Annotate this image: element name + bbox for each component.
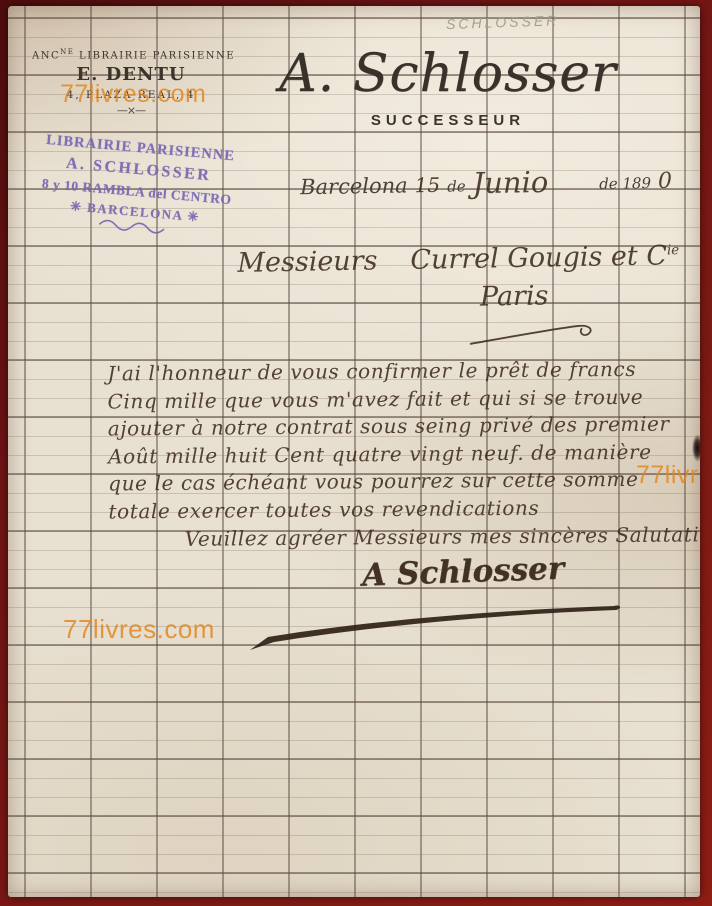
masthead: A. Schlosser SUCCESSEUR <box>268 44 628 129</box>
dateline-year-digit-handwritten: 0 <box>658 169 672 194</box>
recipient-salutation: Messieurs <box>237 245 378 278</box>
paris-underline-flourish-icon <box>466 315 617 348</box>
recipient-name-sup: ie <box>667 242 680 258</box>
photo-edge-notch <box>692 434 700 462</box>
company-subtitle: SUCCESSEUR <box>268 112 628 129</box>
dateline-spacer <box>555 189 592 190</box>
recipient-name: Currel Gougis et Cie <box>410 240 680 276</box>
old-firm-line1-rest: LIBRAIRIE PARISIENNE <box>74 50 235 61</box>
recipient-block: Messieurs Currel Gougis et Cie Paris <box>237 240 681 358</box>
dateline-de1: de <box>447 177 466 195</box>
watermark-top-left: 77livres.com <box>60 80 206 109</box>
old-firm-prefix-sup: NE <box>60 48 74 56</box>
signature-block: A Schlosser <box>238 554 628 590</box>
signature-underline-swoosh-icon <box>244 600 624 652</box>
signature-name: A Schlosser <box>307 549 618 596</box>
letter-body: J'ai l'honneur de vous confirmer le prêt… <box>107 356 679 554</box>
dateline-day-handwritten: 15 <box>414 173 440 197</box>
dateline-de2: de 189 <box>599 174 651 193</box>
old-firm-prefix: ANC <box>32 50 60 61</box>
recipient-name-text: Currel Gougis et C <box>410 240 667 275</box>
body-line: J'ai l'honneur de vous confirmer le prêt… <box>107 356 677 389</box>
recipient-line: Messieurs Currel Gougis et Cie <box>237 240 679 279</box>
watermark-bottom-left: 77livres.com <box>63 614 215 645</box>
photo-frame: SCHLOSSER ANCNE LIBRAIRIE PARISIENNE E. … <box>0 0 712 906</box>
watermark-right-clipped: 77livres.com <box>636 461 700 490</box>
dateline-city: Barcelona <box>300 173 408 199</box>
body-line: que le cas échéant vous pourrez sur cett… <box>108 466 678 499</box>
rubber-stamp: LIBRAIRIE PARISIENNE A. SCHLOSSER 8 y 10… <box>20 130 254 247</box>
company-name-script: A. Schlosser <box>268 44 628 104</box>
dateline-month-handwritten: Junio <box>472 165 548 200</box>
pencil-annotation: SCHLOSSER <box>446 10 626 32</box>
recipient-city: Paris <box>480 280 549 312</box>
old-firm-line1: ANCNE LIBRAIRIE PARISIENNE <box>32 48 230 61</box>
dateline: Barcelona 15 de Junio de 189 0 <box>300 161 673 201</box>
letter-paper: SCHLOSSER ANCNE LIBRAIRIE PARISIENNE E. … <box>8 6 700 897</box>
